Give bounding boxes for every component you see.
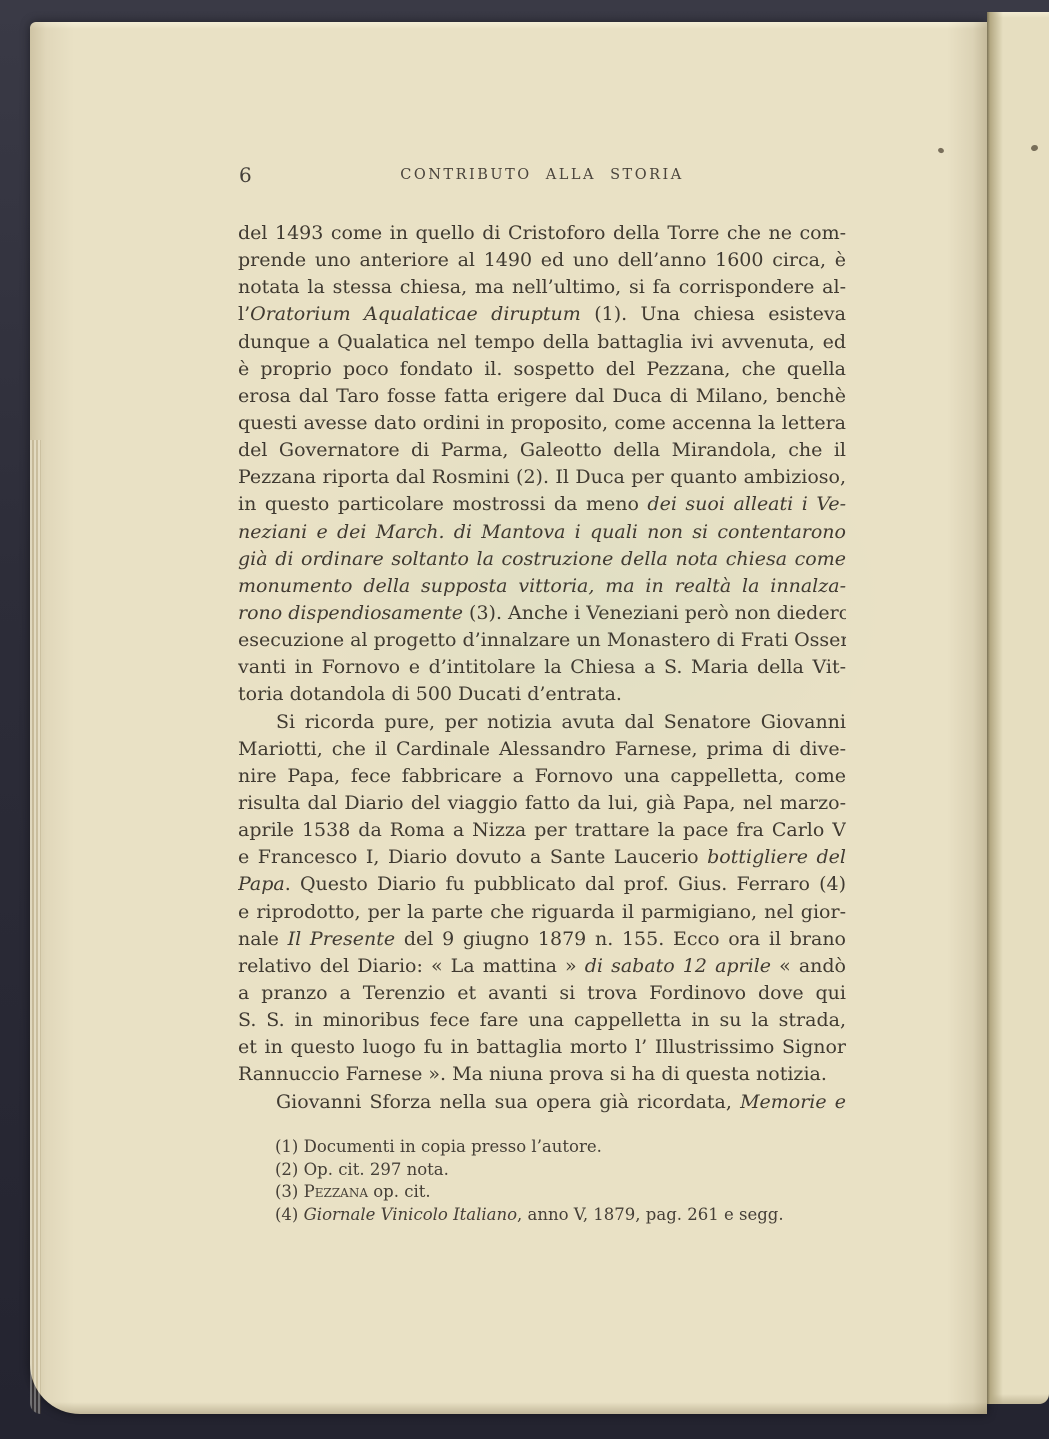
text-line: già di ordinare soltanto la costruzione … [238,546,846,573]
text-line: Rannuccio Farnese ». Ma niuna prova si h… [238,1061,846,1088]
printed-content: 6 CONTRIBUTO ALLA STORIA del 1493 come i… [0,0,1049,1439]
text-line: e Francesco I, Diario dovuto a Sante Lau… [238,844,846,871]
text-line: S. S. in minoribus fece fare una cappell… [238,1007,846,1034]
footnote-line: (3) Pezzana op. cit. [238,1181,846,1204]
text-line: Giovanni Sforza nella sua opera già rico… [238,1089,846,1116]
text-line: l’Oratorium Aqualaticae diruptum (1). Un… [238,301,846,328]
text-line: erosa dal Taro fosse fatta erigere dal D… [238,383,846,410]
text-line: Pezzana riporta dal Rosmini (2). Il Duca… [238,464,846,491]
footnote-line: (1) Documenti in copia presso l’autore. [238,1136,846,1159]
footnote-line: (4) Giornale Vinicolo Italiano, anno V, … [238,1204,846,1227]
text-line: a pranzo a Terenzio et avanti si trova F… [238,980,846,1007]
text-line: del Governatore di Parma, Galeotto della… [238,437,846,464]
text-line: risulta dal Diario del viaggio fatto da … [238,790,846,817]
footnotes: (1) Documenti in copia presso l’autore.(… [238,1136,846,1226]
text-line: Si ricorda pure, per notizia avuta dal S… [238,709,846,736]
text-line: nire Papa, fece fabbricare a Fornovo una… [238,763,846,790]
text-line: del 1493 come in quello di Cristoforo de… [238,220,846,247]
text-line: neziani e dei March. di Mantova i quali … [238,519,846,546]
text-line: in questo particolare mostrossi da meno … [238,491,846,518]
text-line: e riprodotto, per la parte che riguarda … [238,899,846,926]
body-text: del 1493 come in quello di Cristoforo de… [238,220,846,1116]
text-line: è proprio poco fondato il. sospetto del … [238,356,846,383]
text-line: rono dispendiosamente (3). Anche i Venez… [238,600,846,627]
text-line: monumento della supposta vittoria, ma in… [238,573,846,600]
text-line: notata la stessa chiesa, ma nell’ultimo,… [238,274,846,301]
footnote-line: (2) Op. cit. 297 nota. [238,1159,846,1182]
text-line: esecuzione al progetto d’innalzare un Mo… [238,627,846,654]
scan-background: { "page": { "number": "6", "running_head… [0,0,1049,1439]
text-line: Mariotti, che il Cardinale Alessandro Fa… [238,736,846,763]
text-line: Papa. Questo Diario fu pubblicato dal pr… [238,871,846,898]
text-line: relativo del Diario: « La mattina » di s… [238,953,846,980]
running-header: CONTRIBUTO ALLA STORIA [238,167,846,183]
text-line: dunque a Qualatica nel tempo della batta… [238,329,846,356]
text-line: aprile 1538 da Roma a Nizza per trattare… [238,817,846,844]
text-line: vanti in Fornovo e d’intitolare la Chies… [238,654,846,681]
text-line: toria dotandola di 500 Ducati d’entrata. [238,681,846,708]
text-line: questi avesse dato ordini in proposito, … [238,410,846,437]
text-line: et in questo luogo fu in battaglia morto… [238,1034,846,1061]
text-line: prende uno anteriore al 1490 ed uno dell… [238,247,846,274]
text-line: nale Il Presente del 9 giugno 1879 n. 15… [238,926,846,953]
